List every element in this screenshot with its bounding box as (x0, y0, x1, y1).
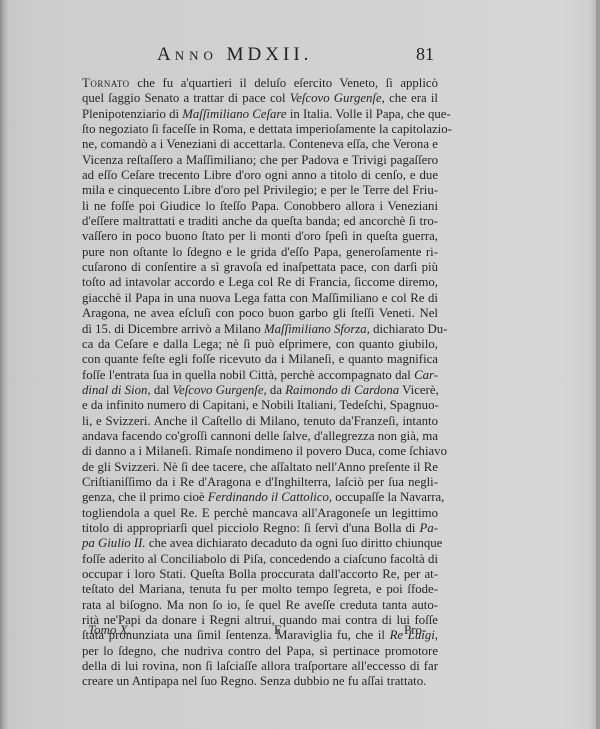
text-line: creare un Antipapa nel ſuo Regno. Senza … (82, 674, 438, 689)
running-head-year: MDXII. (218, 44, 313, 65)
page-header: ANNO MDXII. 81 (60, 44, 434, 68)
text-line: cuſarono di conſentire a sì gravoſa ed i… (82, 260, 438, 275)
text-line: Vicenza reſtaſſero a Maſſimiliano; che p… (82, 153, 438, 168)
text-line: ca da Ceſare e dalla Lega; nè ſi può eſp… (82, 337, 438, 352)
text-line: Tornato che fu a'quartieri il deluſo eſe… (82, 76, 438, 91)
text-line: vaſſero in poco buono ſtato per li monti… (82, 229, 438, 244)
volume-label: Tomo X. (88, 622, 131, 638)
text-line: Plenipotenziario di Maſſimiliano Ceſare … (82, 107, 438, 122)
italic-name: Veſcovo Gurgenſe (173, 383, 264, 397)
text-line: dinal di Sion, dal Veſcovo Gurgenſe, da … (82, 383, 438, 398)
italic-name: Maſſimiliano Ceſare (182, 107, 286, 121)
text-line: toſto ad intavolar accordo e Lega col Re… (82, 275, 438, 290)
catchword: Pro- (404, 622, 426, 638)
text-line: li ne foſſe poi Giudice lo ſteſſo Papa. … (82, 199, 438, 214)
text-line: dì 15. di Dicembre arrivò a Milano Maſſi… (82, 322, 438, 337)
text-line: ſto negoziato ſi faceſſe in Roma, e dett… (82, 122, 438, 137)
italic-name: Veſcovo Gurgenſe (290, 91, 382, 105)
italic-name: Ferdinando il Cattolico (208, 490, 329, 504)
running-head-smallcaps: NNO (175, 48, 218, 63)
italic-name: Car- (414, 368, 438, 382)
page-edge (596, 0, 600, 729)
text-line: rata al biſogno. Ma non ſo io, ſe quel R… (82, 598, 438, 613)
text-line: di danno a i Milaneſi. Rimaſe nondimeno … (82, 444, 438, 459)
body-text: Tornato che fu a'quartieri il deluſo eſe… (82, 76, 438, 690)
text-line: Aragona, ne avea eſcluſi con poco buon g… (82, 306, 438, 321)
italic-name: dinal di Sion (82, 383, 147, 397)
italic-name: Raimondo di Cardona (285, 383, 399, 397)
text-line: con quante feſte egli foſſe ricevuto da … (82, 352, 438, 367)
text-line: titolo di appropriarſi quel picciolo Reg… (82, 521, 438, 536)
text-line: de gli Svizzeri. Nè ſi dee tacere, che a… (82, 460, 438, 475)
text-line: giacchè il Papa in una nuova Lega fatta … (82, 291, 438, 306)
text-line: Criſtianiſſimo da i Re d'Aragona e d'Ing… (82, 475, 438, 490)
text-line: quel ſaggio Senato a trattar di pace col… (82, 91, 438, 106)
running-head: ANNO MDXII. (157, 44, 312, 66)
signature-mark: F (274, 622, 281, 638)
text-line: foſſe l'entrata ſua in quella nobil Citt… (82, 368, 438, 383)
text-line: occupar i loro Stati. Queſta Bolla procc… (82, 567, 438, 582)
italic-name: pa Giulio II. (82, 536, 146, 550)
text-line: foſſe aderito al Conciliabolo di Piſa, c… (82, 552, 438, 567)
text-line: per lo ſdegno, che nudriva contro del Pa… (82, 644, 438, 659)
italic-name: Maſſimiliano Sforza (264, 322, 367, 336)
text-line: li, e Svizzeri. Anche il Caſtello di Mil… (82, 414, 438, 429)
text-line: ne, comandò a i Veneziani di accettarla.… (82, 137, 438, 152)
running-head-initial: A (157, 44, 175, 65)
text-line: andava facendo co'groſſi cannoni delle ſ… (82, 429, 438, 444)
italic-name: Pa- (420, 521, 438, 535)
page-footer: Tomo X. F Pro- (82, 622, 438, 640)
opening-word: Tornato (82, 76, 130, 90)
text-line: e da infinito numero di Capitani, e Nobi… (82, 398, 438, 413)
text-line: pure non oſtante lo ſdegno e le grida d'… (82, 245, 438, 260)
text-line: mila e cinquecento Libre d'oro pel Privi… (82, 183, 438, 198)
text-line: ad eſſo Ceſare trecento Libre d'oro ogni… (82, 168, 438, 183)
text-line: della di lui rovina, non ſi laſciaſſe al… (82, 659, 438, 674)
text-line: genza, che il primo cioè Ferdinando il C… (82, 490, 438, 505)
text-line: togliendola a quel Re. E perchè mancava … (82, 506, 438, 521)
page-number: 81 (416, 44, 434, 65)
text-line: d'eſſere maltrattati e traditi anche da … (82, 214, 438, 229)
text-line: pa Giulio II. che avea dichiarato decadu… (82, 536, 438, 551)
text-line: teſtato del Mariana, tenuta fu per molto… (82, 582, 438, 597)
book-page: ANNO MDXII. 81 Tornato che fu a'quartier… (0, 0, 600, 729)
